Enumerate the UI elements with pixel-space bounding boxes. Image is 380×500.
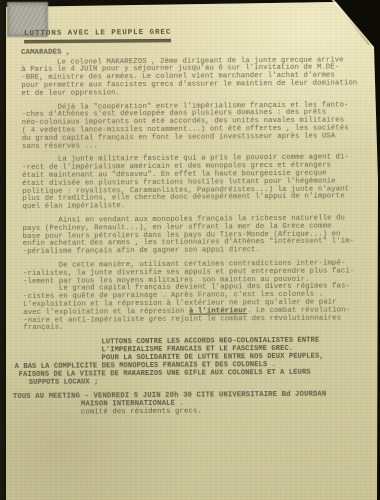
leaflet-text-block: LUTTONS AVEC LE PEUPLE GREC CAMARADES , … bbox=[21, 28, 368, 417]
paragraph-4: Ainsi en vendant aux monopoles français … bbox=[22, 215, 366, 257]
slogan-block: LUTTONS CONTRE LES ACCORDS NEO-COLONIALI… bbox=[23, 336, 367, 387]
slogan-line-6: SUPPOTS LOCAUX ; bbox=[29, 376, 368, 387]
paragraph-2: Déjà la "coopération" entre l'impérialis… bbox=[22, 102, 366, 151]
paragraph-5: De cette manière, utilisant certaines co… bbox=[23, 260, 368, 333]
scanned-leaflet-page: LUTTONS AVEC LE PEUPLE GREC CAMARADES , … bbox=[0, 0, 380, 500]
paragraph-1: Le colonel MAKAREZOS , 2ème dirigeant de… bbox=[21, 57, 365, 99]
meeting-announcement: TOUS AU MEETING - VENDREDI 5 JUIN 20h 30… bbox=[24, 391, 368, 417]
document-title: LUTTONS AVEC LE PEUPLE GREC bbox=[24, 30, 171, 41]
paragraph-3: La junte militaire fasciste qui a pris l… bbox=[22, 155, 366, 212]
